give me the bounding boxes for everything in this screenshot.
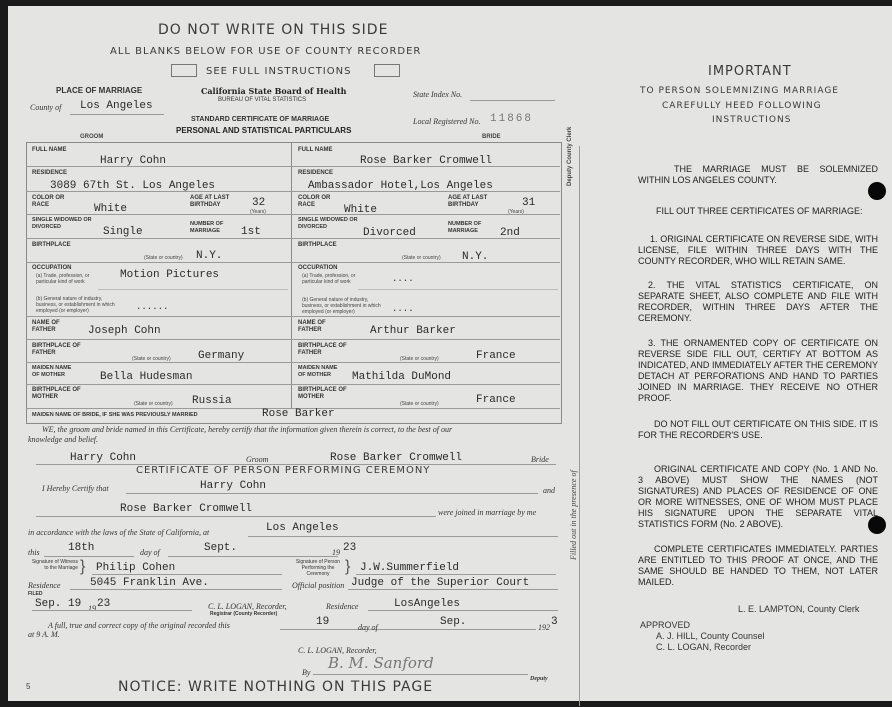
bride-father: Arthur Barker	[370, 325, 456, 337]
county-counsel: A. J. HILL, County Counsel	[656, 631, 765, 641]
groom-employer: ......	[136, 302, 168, 312]
witness-signature: Philip Cohen	[96, 562, 175, 574]
instructions-subtitle-3: INSTRUCTIONS	[712, 115, 791, 125]
bride-mother: Mathilda DuMond	[352, 371, 451, 383]
hereby-certify-label: I Hereby Certify that	[42, 484, 109, 493]
groom-column-label: GROOM	[80, 134, 103, 140]
bride-residence: Ambassador Hotel,Los Angeles	[308, 180, 493, 192]
groom-mother-birthplace-label: BIRTHPLACE OF MOTHER	[32, 387, 82, 401]
bride-mother-birthplace: France	[476, 394, 516, 406]
groom-age-label: AGE AT LAST BIRTHDAY	[190, 195, 240, 209]
groom-birthplace-label: BIRTHPLACE	[32, 242, 71, 249]
groom-marriage-number: 1st	[241, 226, 261, 238]
groom-father-birthplace-label: BIRTHPLACE OF FATHER	[32, 343, 82, 357]
copy-text: A full, true and correct copy of the ori…	[48, 621, 230, 630]
ceremony-groom: Harry Cohn	[200, 480, 266, 492]
groom-occupation: Motion Pictures	[120, 269, 219, 281]
groom-residence: 3089 67th St. Los Angeles	[50, 180, 215, 192]
by-label: By	[302, 668, 310, 677]
registrar-label: Registrar (County Recorder)	[210, 611, 277, 617]
important-heading: IMPORTANT	[708, 64, 792, 79]
occupation-a-hint: (a) Trade, profession, or particular kin…	[36, 273, 106, 285]
instruction-county: THE MARRIAGE MUST BE SOLEMNIZED WITHIN L…	[638, 164, 878, 186]
copy-month: Sep.	[440, 616, 466, 628]
county-clerk: L. E. LAMPTON, County Clerk	[738, 604, 859, 614]
bride-employer: ....	[392, 304, 414, 314]
state-country-hint: (State or country)	[144, 255, 183, 261]
certify-text-2: knowledge and belief.	[28, 435, 98, 444]
bride-status: Divorced	[363, 227, 416, 239]
groom-full-name: Harry Cohn	[100, 155, 166, 167]
bride-years-label: (Years)	[508, 209, 524, 215]
ceremony-month: Sept.	[204, 542, 237, 554]
instructions-subtitle-2: CAREFULLY HEED FOLLOWING	[662, 101, 822, 111]
all-blanks-heading: ALL BLANKS BELOW FOR USE OF COUNTY RECOR…	[110, 46, 421, 57]
copy-year: 3	[551, 616, 558, 628]
state-country-hint: (State or country)	[132, 356, 171, 362]
ceremony-bride: Rose Barker Cromwell	[120, 503, 252, 515]
filing-residence: LosAngeles	[394, 598, 460, 610]
filing-residence-label: Residence	[326, 602, 358, 611]
personal-particulars-label: PERSONAL AND STATISTICAL PARTICULARS	[176, 126, 351, 135]
bride-father-birthplace-label: BIRTHPLACE OF FATHER	[298, 343, 348, 357]
instructions-subtitle-1: TO PERSON SOLEMNIZING MARRIAGE	[640, 86, 839, 96]
bride-age-label: AGE AT LAST BIRTHDAY	[448, 195, 498, 209]
witness-label: Signature of Witness to the Marriage	[28, 559, 78, 571]
see-instructions-label: SEE FULL INSTRUCTIONS	[206, 66, 351, 77]
copy-day: 19	[316, 616, 329, 628]
copy-day-of: day of	[358, 623, 378, 632]
deputy-label: Deputy	[530, 676, 548, 682]
instruction-witnesses: ORIGINAL CERTIFICATE AND COPY (No. 1 AND…	[638, 464, 878, 530]
filed-label: FILED	[28, 591, 42, 597]
day-of-label: day of	[140, 548, 160, 557]
bride-residence-label: RESIDENCE	[298, 170, 333, 177]
groom-residence-label: RESIDENCE	[32, 170, 67, 177]
standard-cert-label: STANDARD CERTIFICATE OF MARRIAGE	[191, 116, 329, 123]
filed-year-prefix: 19	[88, 604, 96, 613]
instruction-complete: COMPLETE CERTIFICATES IMMEDIATELY. PARTI…	[638, 544, 878, 588]
filled-out-note: Filled out in the presence of	[569, 470, 578, 560]
instruction-vital-stats: 2. THE VITAL STATISTICS CERTIFICATE, ON …	[638, 280, 878, 324]
county-value: Los Angeles	[80, 100, 153, 112]
state-country-hint: (State or country)	[400, 401, 439, 407]
groom-status-label: SINGLE WIDOWED OR DIVORCED	[32, 217, 92, 231]
pointing-hand-icon	[374, 64, 400, 77]
bride-signature: Rose Barker Cromwell	[330, 452, 462, 464]
witness-residence: 5045 Franklin Ave.	[90, 577, 209, 589]
bride-mother-label: MAIDEN NAME OF MOTHER	[298, 365, 338, 379]
maiden-name-label: MAIDEN NAME OF BRIDE, IF SHE WAS PREVIOU…	[32, 412, 198, 419]
groom-father-birthplace: Germany	[198, 350, 244, 362]
place-of-marriage-label: PLACE OF MARRIAGE	[56, 86, 142, 95]
groom-sig-label: Groom	[246, 455, 268, 464]
maiden-name-value: Rose Barker	[262, 408, 335, 420]
deputy-signature: B. M. Sanford	[328, 654, 434, 672]
instruction-recorder-use: DO NOT FILL OUT CERTIFICATE ON THIS SIDE…	[638, 419, 878, 441]
groom-status: Single	[103, 226, 143, 238]
groom-mother-birthplace: Russia	[192, 395, 232, 407]
binder-hole-icon	[868, 182, 886, 200]
groom-marriage-number-label: NUMBER OF MARRIAGE	[190, 221, 234, 235]
occupation-b-hint: (b) General nature of industry, business…	[302, 297, 384, 315]
bride-status-label: SINGLE WIDOWED OR DIVORCED	[298, 217, 358, 231]
bride-age: 31	[522, 197, 535, 209]
groom-mother-label: MAIDEN NAME OF MOTHER	[32, 365, 72, 379]
copy-year-prefix: 192	[538, 623, 550, 632]
certify-text: WE, the groom and bride named in this Ce…	[42, 425, 452, 434]
filed-year: 23	[97, 598, 110, 610]
county-label: County of	[30, 103, 61, 112]
official-position-label: Official position	[292, 581, 344, 590]
instruction-original: 1. ORIGINAL CERTIFICATE ON REVERSE SIDE,…	[638, 234, 878, 267]
instruction-ornamented: 3. THE ORNAMENTED COPY OF CERTIFICATE ON…	[638, 338, 878, 404]
recorder-label: C. L. LOGAN, Recorder,	[208, 602, 287, 611]
accordance-label: in accordance with the laws of the State…	[28, 528, 209, 537]
and-label: and	[543, 486, 555, 495]
instruction-three-certs: FILL OUT THREE CERTIFICATES OF MARRIAGE:	[648, 206, 880, 217]
do-not-write-heading: DO NOT WRITE ON THIS SIDE	[158, 22, 388, 38]
ceremony-year: 23	[343, 542, 356, 554]
bride-birthplace: N.Y.	[462, 251, 488, 263]
year-prefix: 19	[332, 548, 340, 557]
brace-icon: }	[80, 559, 85, 575]
ceremony-title: CERTIFICATE OF PERSON PERFORMING CEREMON…	[136, 465, 430, 476]
state-country-hint: (State or country)	[134, 401, 173, 407]
bride-birthplace-label: BIRTHPLACE	[298, 242, 337, 249]
ceremony-day: 18th	[68, 542, 94, 554]
bride-column-label: BRIDE	[482, 134, 501, 140]
bride-sig-label: Bride	[531, 455, 549, 464]
state-index-label: State Index No.	[413, 90, 462, 99]
groom-birthplace: N.Y.	[196, 250, 222, 262]
groom-age: 32	[252, 197, 265, 209]
state-country-hint: (State or country)	[402, 255, 441, 261]
groom-full-name-label: FULL NAME	[32, 147, 67, 154]
performer-signature: J.W.Summerfield	[360, 562, 459, 574]
bride-full-name: Rose Barker Cromwell	[360, 155, 492, 167]
board-of-health-title: California State Board of Health	[201, 86, 347, 96]
local-registered-value: 11868	[490, 113, 533, 125]
groom-father: Joseph Cohn	[88, 325, 161, 337]
bride-color: White	[344, 204, 377, 216]
bureau-label: BUREAU OF VITAL STATISTICS	[218, 97, 306, 103]
certificate-page: DO NOT WRITE ON THIS SIDE ALL BLANKS BEL…	[8, 6, 892, 701]
brace-icon: }	[345, 559, 350, 575]
bride-occupation-label: OCCUPATION	[298, 265, 337, 272]
filed-date: Sep. 19	[35, 598, 81, 610]
groom-color-label: COLOR OR RACE	[32, 195, 72, 209]
groom-signature: Harry Cohn	[70, 452, 136, 464]
state-country-hint: (State or country)	[400, 356, 439, 362]
official-position: Judge of the Superior Court	[351, 577, 529, 589]
local-registered-label: Local Registered No.	[413, 117, 480, 126]
ceremony-place: Los Angeles	[266, 522, 339, 534]
bride-mother-birthplace-label: BIRTHPLACE OF MOTHER	[298, 387, 348, 401]
notice-footer: NOTICE: WRITE NOTHING ON THIS PAGE	[118, 679, 433, 695]
joined-label: were joined in marriage by me	[438, 508, 536, 517]
deputy-clerk-note: Deputy County Clerk	[567, 127, 573, 186]
bride-color-label: COLOR OR RACE	[298, 195, 338, 209]
bride-marriage-number-label: NUMBER OF MARRIAGE	[448, 221, 492, 235]
performer-label: Signature of Person Performing the Cerem…	[292, 559, 344, 577]
bride-father-label: NAME OF FATHER	[298, 320, 338, 334]
bride-marriage-number: 2nd	[500, 227, 520, 239]
groom-color: White	[94, 203, 127, 215]
occupation-a-hint: (a) Trade, profession, or particular kin…	[302, 273, 374, 285]
approved-label: APPROVED	[640, 620, 690, 630]
bride-full-name-label: FULL NAME	[298, 147, 333, 154]
page-number: 5	[26, 682, 30, 691]
residence-label: Residence	[28, 581, 60, 590]
bride-father-birthplace: France	[476, 350, 516, 362]
groom-occupation-label: OCCUPATION	[32, 265, 71, 272]
this-label: this	[28, 548, 40, 557]
copy-time: at 9 A. M.	[28, 630, 60, 639]
pointing-hand-icon	[171, 64, 197, 77]
groom-father-label: NAME OF FATHER	[32, 320, 72, 334]
bride-occupation: ....	[392, 274, 414, 284]
groom-mother: Bella Hudesman	[100, 371, 192, 383]
recorder-approval: C. L. LOGAN, Recorder	[656, 642, 751, 652]
binder-hole-icon	[868, 516, 886, 534]
occupation-b-hint: (b) General nature of industry, business…	[36, 296, 118, 314]
groom-years-label: (Years)	[250, 209, 266, 215]
